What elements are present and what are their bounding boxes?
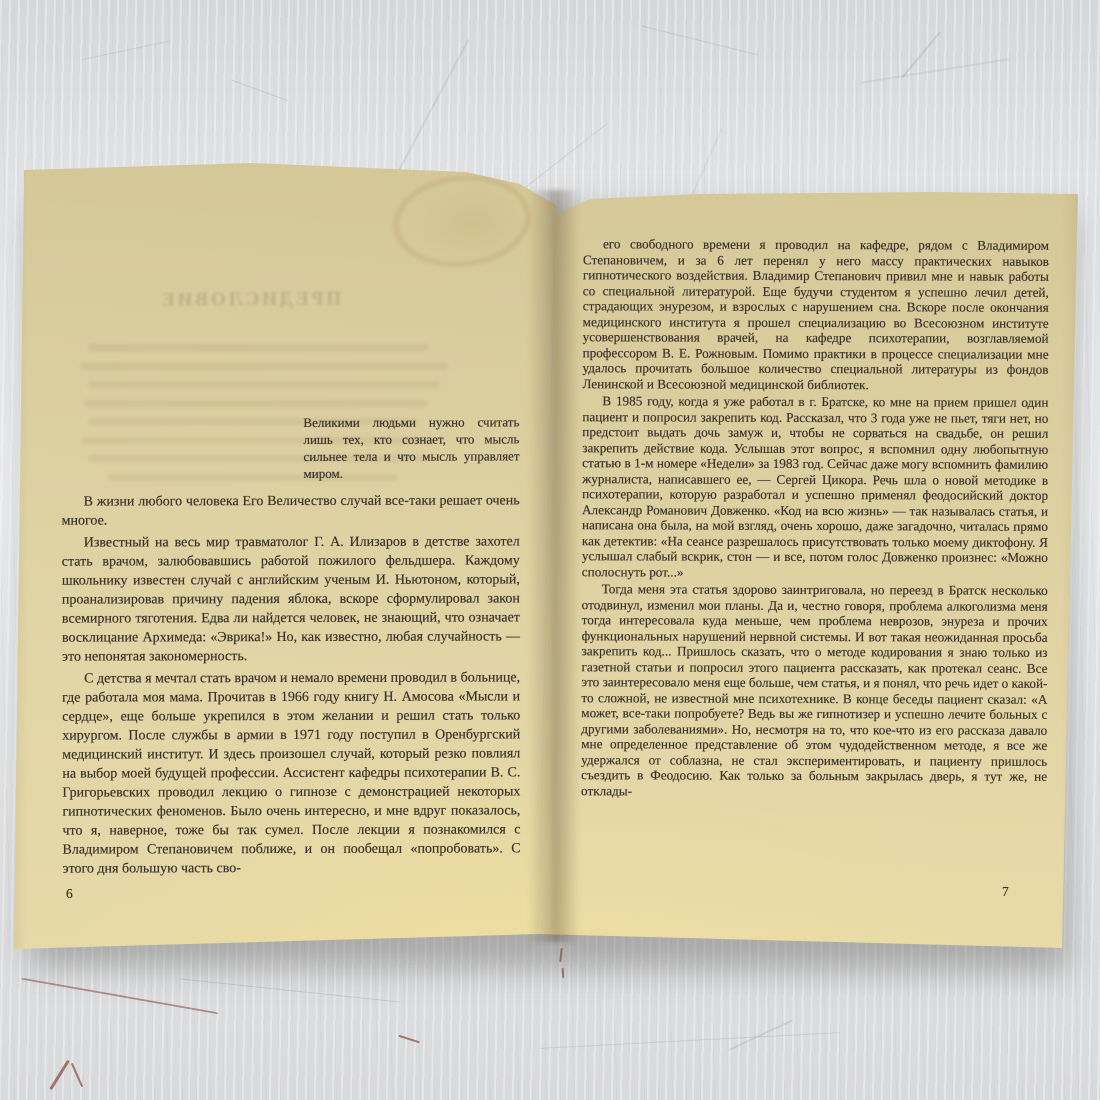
- scratch-mark: [393, 39, 470, 181]
- scratch-mark: [49, 1060, 70, 1090]
- scratch-mark: [513, 123, 608, 198]
- page-number-right: 7: [1002, 884, 1009, 900]
- paragraph: Тогда меня эта статья здорово заинтригов…: [581, 581, 1048, 800]
- scratch-mark: [181, 979, 400, 1003]
- book-photo: ПРЕДИСЛОВИЕ Великими людьми нужно считат…: [0, 0, 1100, 1100]
- right-page-text: его свободного времени я проводил на каф…: [581, 236, 1049, 802]
- scratch-mark: [540, 1032, 840, 1049]
- book-gutter: [528, 190, 580, 942]
- paragraph: его свободного времени я проводил на каф…: [582, 236, 1049, 393]
- page-number-left: 6: [66, 886, 73, 902]
- left-page-paragraphs: В жизни любого человека Его Величество с…: [62, 491, 521, 878]
- scratch-mark: [861, 58, 1009, 83]
- paragraph: В 1985 году, когда я уже работал в г. Бр…: [582, 393, 1049, 581]
- scratch-mark: [232, 80, 289, 101]
- scratch-mark: [21, 978, 218, 1015]
- paragraph: С детства я мечтал стать врачом и немало…: [62, 668, 521, 878]
- showthrough-heading: ПРЕДИСЛОВИЕ: [118, 288, 382, 312]
- left-page-text: Великими людьми нужно считать лишь тех, …: [61, 413, 520, 881]
- scratch-mark: [398, 1035, 420, 1044]
- scratch-mark: [642, 25, 759, 55]
- right-page-paragraphs: его свободного времени я проводил на каф…: [581, 236, 1049, 800]
- paragraph: Известный на весь мир травматолог Г. А. …: [62, 532, 520, 666]
- paragraph: В жизни любого человека Его Величество с…: [62, 491, 520, 530]
- scratch-mark: [71, 1063, 83, 1088]
- scratch-mark: [81, 41, 169, 61]
- epigraph: Великими людьми нужно считать лишь тех, …: [303, 413, 519, 482]
